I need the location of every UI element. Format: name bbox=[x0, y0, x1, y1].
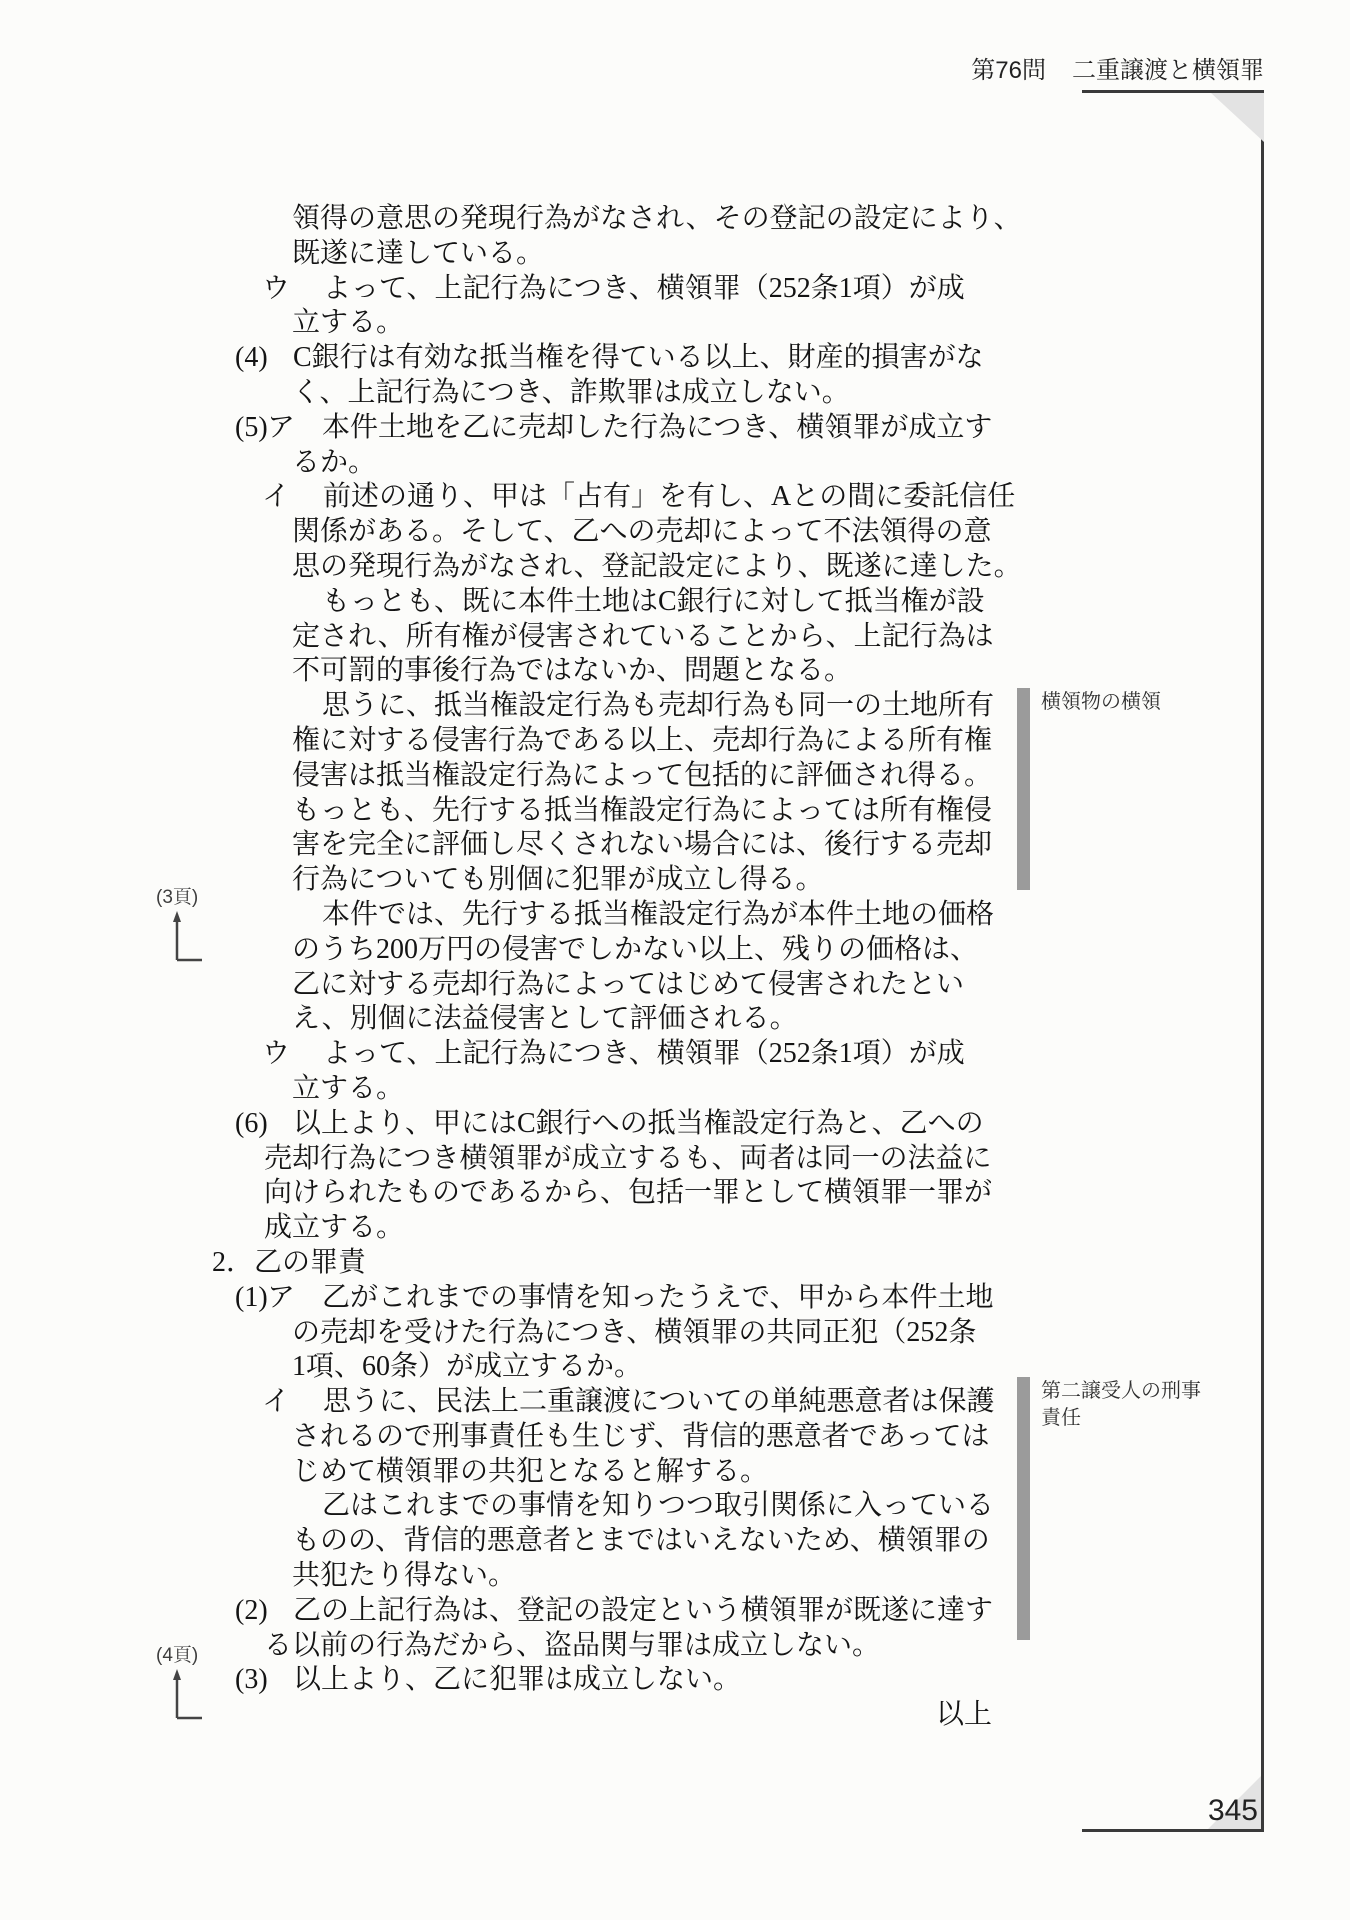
body-line-text: 乙がこれまでの事情を知ったうえで、甲から本件土地 bbox=[322, 1282, 993, 1313]
body-line: の売却を受けた行為につき、横領罪の共同正犯（252条 bbox=[212, 1316, 1012, 1351]
margin-note-text: 第二譲受人の刑事責任 bbox=[1041, 1378, 1219, 1432]
body-line-text: 乙はこれまでの事情を知りつつ取引関係に入っている bbox=[322, 1490, 994, 1521]
body-line: されるので刑事責任も生じず、背信的悪意者であっては bbox=[212, 1420, 1012, 1455]
body-line-text: C銀行は有効な抵当権を得ている以上、財産的損害がな bbox=[293, 342, 984, 373]
body-line: 乙に対する売却行為によってはじめて侵害されたとい bbox=[212, 968, 1012, 1003]
body-line-text: よって、上記行為につき、横領罪（252条1項）が成 bbox=[323, 273, 965, 304]
body-line: (2)乙の上記行為は、登記の設定という横領罪が既遂に達す bbox=[212, 1594, 1012, 1629]
body-line-text: よって、上記行為につき、横領罪（252条1項）が成 bbox=[323, 1038, 965, 1069]
body-line-text: ものの、背信的悪意者とまではいえないため、横領罪の bbox=[292, 1525, 990, 1556]
body-line-text: の売却を受けた行為につき、横領罪の共同正犯（252条 bbox=[292, 1317, 976, 1348]
body-line: (5)ア本件土地を乙に売却した行為につき、横領罪が成立す bbox=[212, 411, 1012, 446]
body-line-text: 乙に対する売却行為によってはじめて侵害されたとい bbox=[292, 969, 964, 1000]
item-kana-marker: イ bbox=[262, 480, 323, 515]
body-line: (6)以上より、甲にはC銀行への抵当権設定行為と、乙への bbox=[212, 1107, 1012, 1142]
body-line-text: 害を完全に評価し尽くされない場合には、後行する売却 bbox=[292, 829, 992, 860]
question-number: 第76問 bbox=[971, 50, 1046, 85]
page-header: 第76問 二重譲渡と横領罪 bbox=[971, 50, 1264, 85]
body-line: るか。 bbox=[212, 446, 1012, 481]
body-line-text: 思うに、民法上二重譲渡についての単純悪意者は保護 bbox=[323, 1386, 994, 1417]
body-line: 以上 bbox=[212, 1698, 992, 1733]
body-line-text: 共犯たり得ない。 bbox=[292, 1560, 516, 1591]
body-line: 行為についても別個に犯罪が成立し得る。 bbox=[212, 863, 1012, 898]
body-line: もっとも、既に本件土地はC銀行に対して抵当権が設 bbox=[212, 585, 1012, 620]
body-line: 向けられたものであるから、包括一罪として横領罪一罪が bbox=[212, 1176, 1012, 1211]
body-line-text: 向けられたものであるから、包括一罪として横領罪一罪が bbox=[264, 1177, 992, 1208]
body-line: く、上記行為につき、詐欺罪は成立しない。 bbox=[212, 376, 1012, 411]
body-line: 乙はこれまでの事情を知りつつ取引関係に入っている bbox=[212, 1489, 1012, 1524]
body-line-text: 思うに、抵当権設定行為も売却行為も同一の土地所有 bbox=[322, 690, 994, 721]
body-line-text: 行為についても別個に犯罪が成立し得る。 bbox=[292, 864, 823, 895]
body-line: (4)C銀行は有効な抵当権を得ている以上、財産的損害がな bbox=[212, 341, 1012, 376]
body-line-text: る以前の行為だから、盗品関与罪は成立しない。 bbox=[264, 1630, 880, 1661]
body-line: 既遂に達している。 bbox=[212, 237, 1012, 272]
body-line-text: 以上より、乙に犯罪は成立しない。 bbox=[293, 1664, 741, 1695]
body-line: (1)ア乙がこれまでの事情を知ったうえで、甲から本件土地 bbox=[212, 1281, 1012, 1316]
body-line-text: く、上記行為につき、詐欺罪は成立しない。 bbox=[292, 377, 850, 408]
body-line: 立する。 bbox=[212, 306, 1012, 341]
page-jump-label: (3頁) bbox=[156, 882, 204, 909]
body-line-text: るか。 bbox=[292, 447, 376, 478]
item-kana-marker: ウ bbox=[262, 272, 323, 307]
body-line-text: 1項、60条）が成立するか。 bbox=[292, 1351, 642, 1382]
body-line: 売却行為につき横領罪が成立するも、両者は同一の法益に bbox=[212, 1142, 1012, 1177]
body-line-text: 乙の上記行為は、登記の設定という横領罪が既遂に達す bbox=[293, 1595, 993, 1626]
body-line: もっとも、先行する抵当権設定行為によっては所有権侵 bbox=[212, 794, 1012, 829]
body-line: ウよって、上記行為につき、横領罪（252条1項）が成 bbox=[212, 1037, 1012, 1072]
body-line-text: 定され、所有権が侵害されていることから、上記行為は bbox=[292, 621, 994, 652]
body-line: 立する。 bbox=[212, 1072, 1012, 1107]
up-arrow-corner-icon bbox=[170, 1669, 204, 1722]
body-line-text: 本件土地を乙に売却した行為につき、横領罪が成立す bbox=[322, 412, 992, 443]
body-lines: 領得の意思の発現行為がなされ、その登記の設定により、既遂に達している。ウよって、… bbox=[212, 202, 1012, 1733]
body-line: イ思うに、民法上二重譲渡についての単純悪意者は保護 bbox=[212, 1385, 1012, 1420]
body-line-text: え、別個に法益侵害として評価される。 bbox=[292, 1003, 798, 1034]
page-jump-label: (4頁) bbox=[156, 1640, 204, 1667]
item-number-marker: (2) bbox=[235, 1594, 293, 1629]
margin-note-bar bbox=[1017, 688, 1030, 890]
body-line-text: 2．乙の罪責 bbox=[212, 1247, 366, 1278]
body-line-text: 領得の意思の発現行為がなされ、その登記の設定により、 bbox=[292, 203, 1022, 234]
body-line-text: 既遂に達している。 bbox=[292, 238, 544, 269]
body-line: のうち200万円の侵害でしかない以上、残りの価格は、 bbox=[212, 933, 1012, 968]
body-line-text: 以上 bbox=[936, 1699, 992, 1730]
body-line: 定され、所有権が侵害されていることから、上記行為は bbox=[212, 620, 1012, 655]
body-line-text: のうち200万円の侵害でしかない以上、残りの価格は、 bbox=[292, 934, 978, 965]
item-kana-marker: ウ bbox=[262, 1037, 323, 1072]
body-line-text: 本件では、先行する抵当権設定行為が本件土地の価格 bbox=[322, 899, 994, 930]
question-title: 二重譲渡と横領罪 bbox=[1072, 50, 1264, 85]
body-line: 侵害は抵当権設定行為によって包括的に評価され得る。 bbox=[212, 759, 1012, 794]
body-line: 1項、60条）が成立するか。 bbox=[212, 1350, 1012, 1385]
body-line: じめて横領罪の共犯となると解する。 bbox=[212, 1455, 1012, 1490]
body-line: イ前述の通り、甲は「占有」を有し、Aとの間に委託信任 bbox=[212, 480, 1012, 515]
body-line-text: もっとも、先行する抵当権設定行為によっては所有権侵 bbox=[292, 795, 992, 826]
body-line-text: じめて横領罪の共犯となると解する。 bbox=[292, 1456, 768, 1487]
body-line: 成立する。 bbox=[212, 1211, 1012, 1246]
body-line: 権に対する侵害行為である以上、売却行為による所有権 bbox=[212, 724, 1012, 759]
body-line-text: 権に対する侵害行為である以上、売却行為による所有権 bbox=[292, 725, 992, 756]
body-line: 本件では、先行する抵当権設定行為が本件土地の価格 bbox=[212, 898, 1012, 933]
body-line-text: されるので刑事責任も生じず、背信的悪意者であっては bbox=[292, 1421, 989, 1452]
body-line: え、別個に法益侵害として評価される。 bbox=[212, 1002, 1012, 1037]
body-line: る以前の行為だから、盗品関与罪は成立しない。 bbox=[212, 1629, 1012, 1664]
body-line-text: 関係がある。そして、乙への売却によって不法領得の意 bbox=[292, 516, 991, 547]
item-number-marker: (4) bbox=[235, 341, 293, 376]
item-number-marker: (6) bbox=[235, 1107, 293, 1142]
item-kana-marker: ア bbox=[267, 1281, 322, 1316]
body-line-text: 売却行為につき横領罪が成立するも、両者は同一の法益に bbox=[264, 1143, 991, 1174]
margin-note-text: 横領物の横領 bbox=[1041, 689, 1219, 716]
corner-triangle-top-icon bbox=[1211, 93, 1264, 142]
body-line-text: 思の発現行為がなされ、登記設定により、既遂に達した。 bbox=[292, 551, 1022, 582]
body-line-text: 不可罰的事後行為ではないか、問題となる。 bbox=[292, 655, 852, 686]
page: 第76問 二重譲渡と横領罪 領得の意思の発現行為がなされ、その登記の設定により、… bbox=[0, 0, 1350, 1920]
page-jump-marker-3: (3頁) bbox=[156, 882, 204, 964]
body-line-text: 侵害は抵当権設定行為によって包括的に評価され得る。 bbox=[292, 760, 992, 791]
item-kana-marker: ア bbox=[267, 411, 322, 446]
body-line: 思うに、抵当権設定行為も売却行為も同一の土地所有 bbox=[212, 689, 1012, 724]
page-frame-border bbox=[1082, 90, 1264, 1832]
body-line-text: もっとも、既に本件土地はC銀行に対して抵当権が設 bbox=[322, 586, 985, 617]
item-number-marker: (1) bbox=[235, 1281, 267, 1316]
up-arrow-corner-icon bbox=[170, 911, 204, 964]
page-number: 345 bbox=[1150, 1794, 1258, 1828]
body-line: 領得の意思の発現行為がなされ、その登記の設定により、 bbox=[212, 202, 1012, 237]
body-line: 2．乙の罪責 bbox=[212, 1246, 1012, 1281]
page-jump-marker-4: (4頁) bbox=[156, 1640, 204, 1722]
body-line: ウよって、上記行為につき、横領罪（252条1項）が成 bbox=[212, 272, 1012, 307]
body-line-text: 成立する。 bbox=[264, 1212, 404, 1243]
body-line: 共犯たり得ない。 bbox=[212, 1559, 1012, 1594]
item-number-marker: (3) bbox=[235, 1663, 293, 1698]
margin-note-bar bbox=[1017, 1377, 1030, 1640]
body-line: 関係がある。そして、乙への売却によって不法領得の意 bbox=[212, 515, 1012, 550]
body-line-text: 立する。 bbox=[292, 1073, 404, 1104]
item-number-marker: (5) bbox=[235, 411, 267, 446]
body-line-text: 前述の通り、甲は「占有」を有し、Aとの間に委託信任 bbox=[323, 481, 1015, 512]
body-line: 思の発現行為がなされ、登記設定により、既遂に達した。 bbox=[212, 550, 1012, 585]
body-line: ものの、背信的悪意者とまではいえないため、横領罪の bbox=[212, 1524, 1012, 1559]
body-line: 害を完全に評価し尽くされない場合には、後行する売却 bbox=[212, 828, 1012, 863]
body-line-text: 立する。 bbox=[292, 307, 404, 338]
body-line: (3)以上より、乙に犯罪は成立しない。 bbox=[212, 1663, 1012, 1698]
body-line-text: 以上より、甲にはC銀行への抵当権設定行為と、乙への bbox=[293, 1108, 984, 1139]
item-kana-marker: イ bbox=[262, 1385, 323, 1420]
body-line: 不可罰的事後行為ではないか、問題となる。 bbox=[212, 654, 1012, 689]
